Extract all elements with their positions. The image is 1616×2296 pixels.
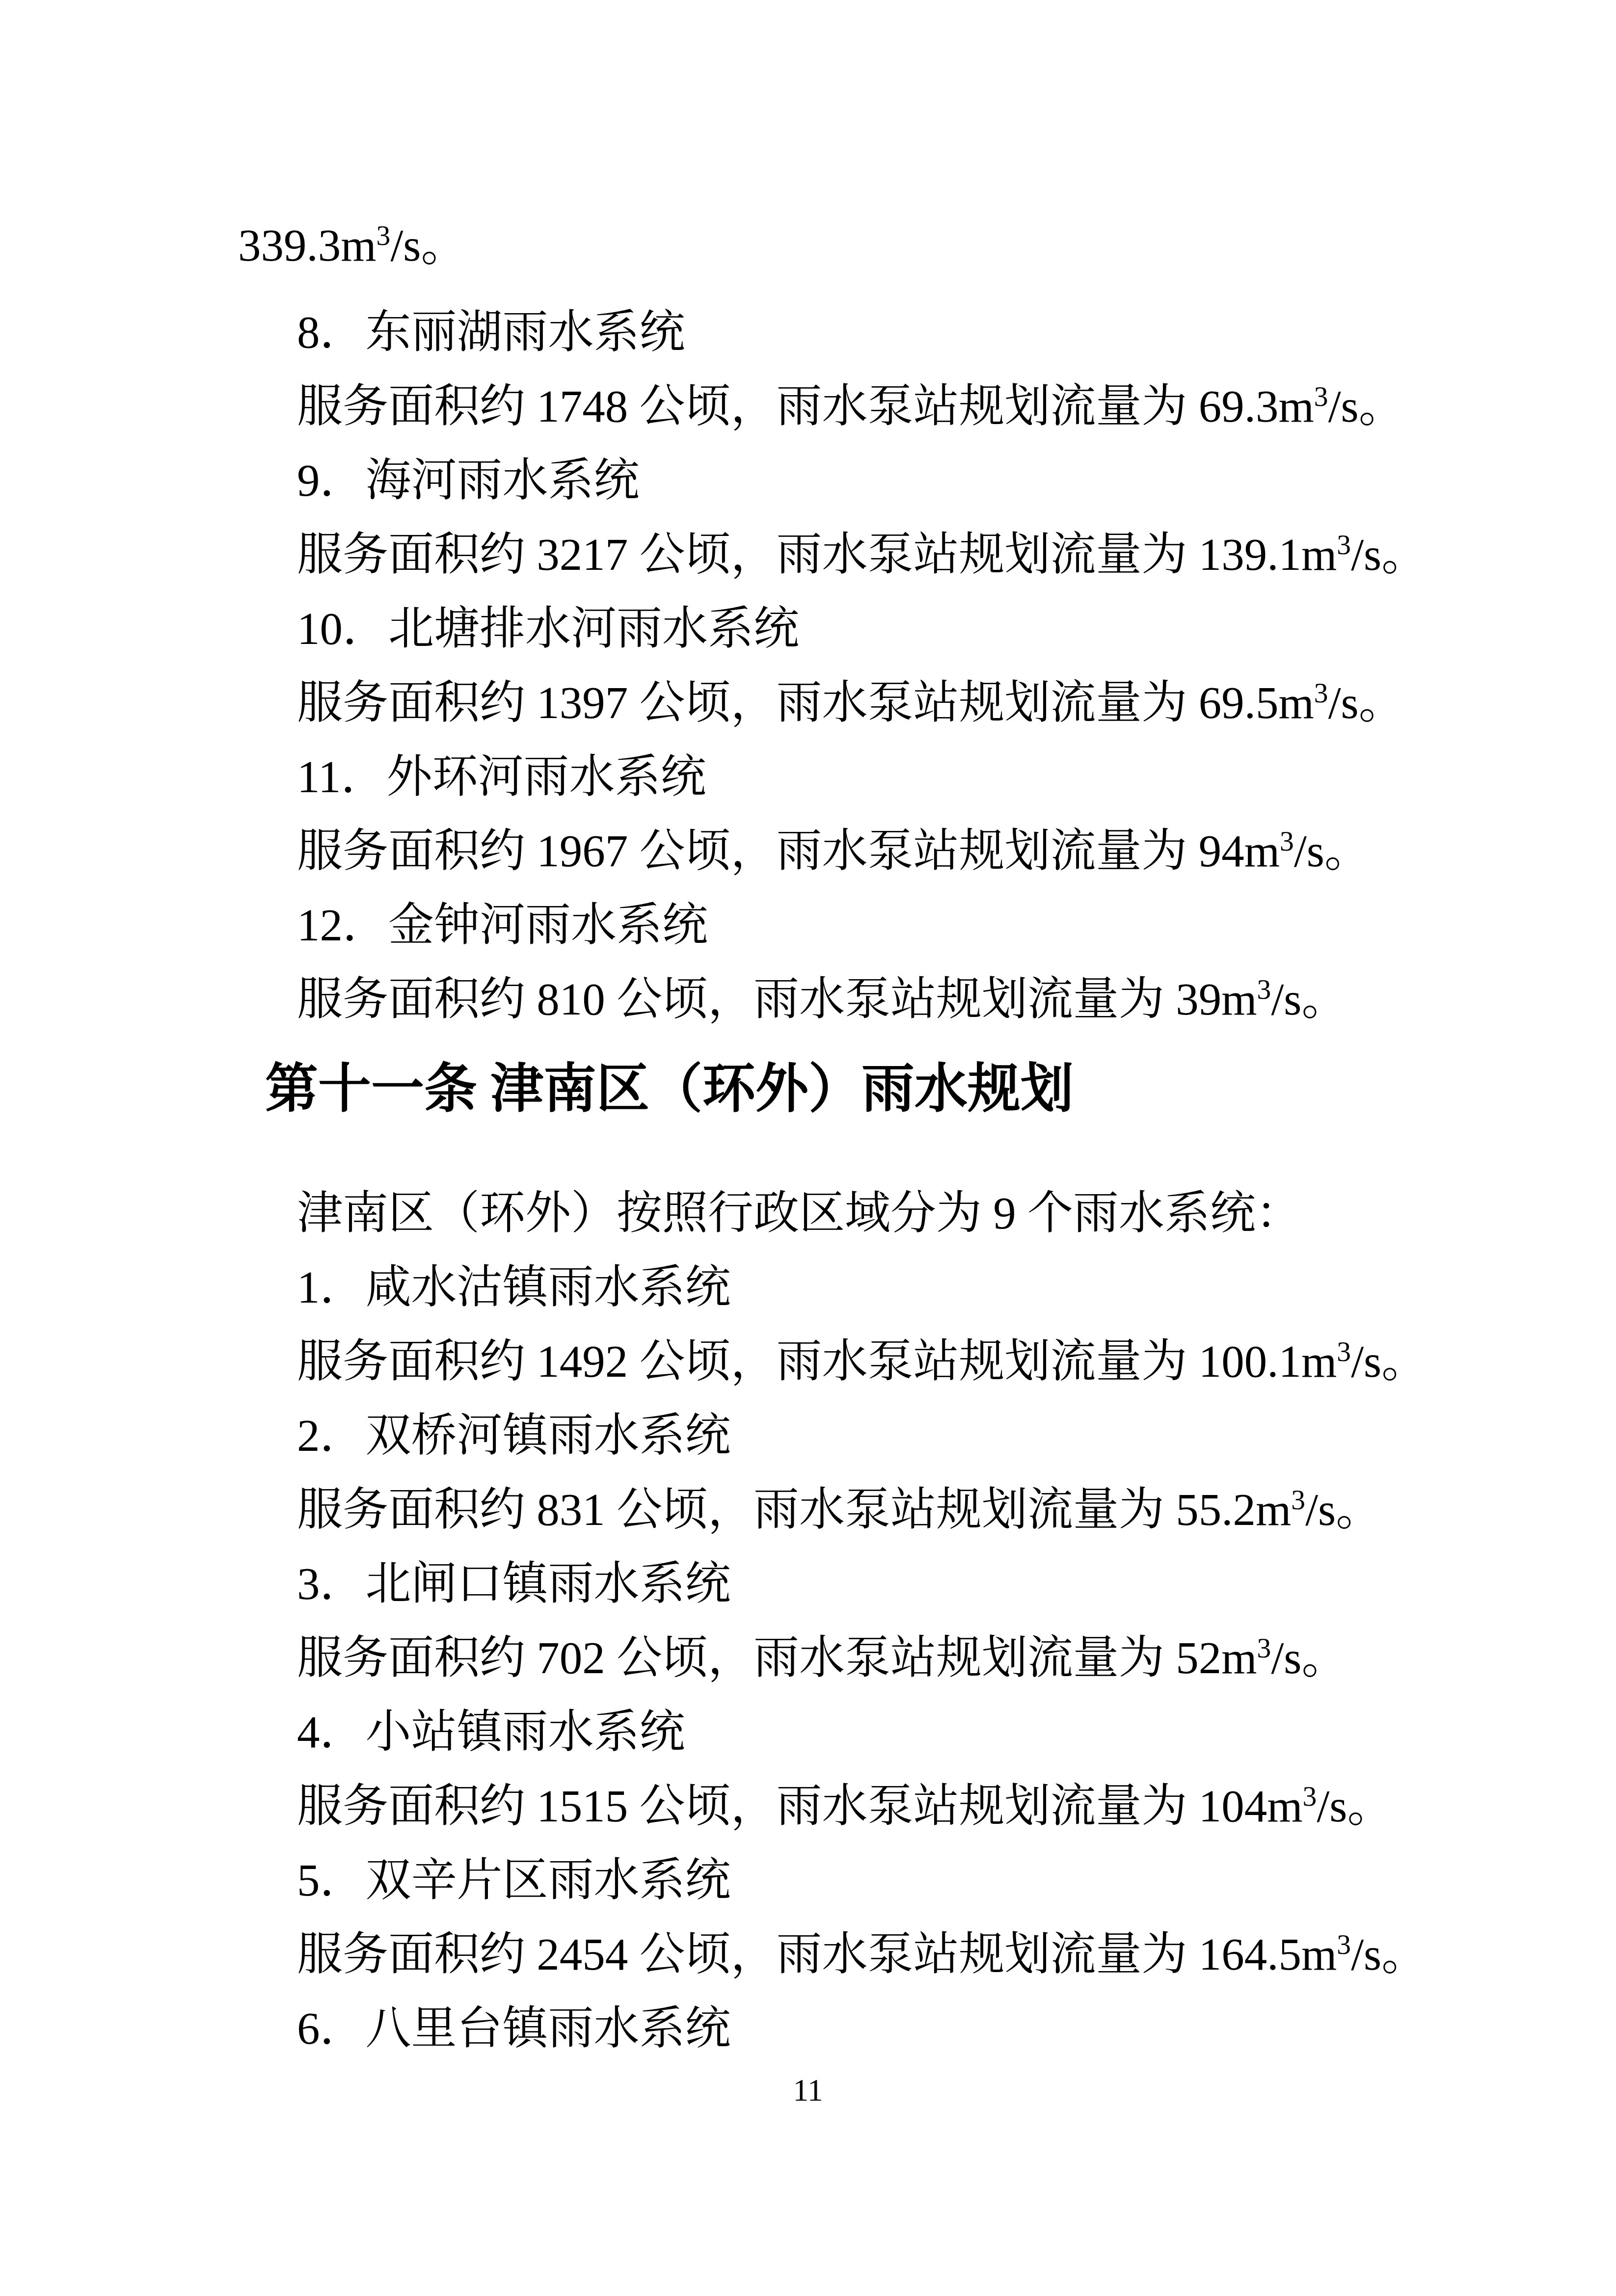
superscript-3: 3 xyxy=(1257,1633,1271,1664)
list-item: 11．外环河雨水系统 xyxy=(221,740,1469,814)
detail-paragraph: 服务面积约 1397 公顷，雨水泵站规划流量为 69.5m3/s。 xyxy=(221,666,1469,740)
list-item: 1．咸水沽镇雨水系统 xyxy=(221,1251,1469,1325)
superscript-3: 3 xyxy=(377,220,391,251)
list-item: 2．双桥河镇雨水系统 xyxy=(221,1399,1469,1473)
list-item: 5．双辛片区雨水系统 xyxy=(221,1843,1469,1918)
detail-paragraph: 服务面积约 1967 公顷，雨水泵站规划流量为 94m3/s。 xyxy=(221,814,1469,888)
document-body: 339.3m3/s。 8．东丽湖雨水系统 服务面积约 1748 公顷，雨水泵站规… xyxy=(221,209,1469,2066)
superscript-3: 3 xyxy=(1257,974,1271,1005)
superscript-3: 3 xyxy=(1337,1929,1351,1960)
detail-paragraph: 服务面积约 3217 公顷，雨水泵站规划流量为 139.1m3/s。 xyxy=(221,518,1469,592)
page-footer: 11 xyxy=(0,2066,1616,2115)
detail-paragraph: 服务面积约 1492 公顷，雨水泵站规划流量为 100.1m3/s。 xyxy=(221,1325,1469,1399)
list-item: 4．小站镇雨水系统 xyxy=(221,1695,1469,1769)
intro-paragraph: 津南区（环外）按照行政区域分为 9 个雨水系统： xyxy=(221,1176,1469,1251)
superscript-3: 3 xyxy=(1303,1781,1317,1812)
continuation-line: 339.3m3/s。 xyxy=(221,209,1469,283)
detail-paragraph: 服务面积约 702 公顷，雨水泵站规划流量为 52m3/s。 xyxy=(221,1621,1469,1695)
list-item: 6．八里台镇雨水系统 xyxy=(221,1992,1469,2066)
superscript-3: 3 xyxy=(1314,381,1328,412)
detail-paragraph: 服务面积约 1515 公顷，雨水泵站规划流量为 104m3/s。 xyxy=(221,1769,1469,1843)
detail-paragraph: 服务面积约 810 公顷，雨水泵站规划流量为 39m3/s。 xyxy=(221,962,1469,1037)
detail-paragraph: 服务面积约 1748 公顷，雨水泵站规划流量为 69.3m3/s。 xyxy=(221,370,1469,444)
list-item: 8．东丽湖雨水系统 xyxy=(221,295,1469,370)
superscript-3: 3 xyxy=(1280,826,1294,857)
superscript-3: 3 xyxy=(1337,1336,1351,1367)
page-number: 11 xyxy=(793,2073,823,2108)
list-item: 3．北闸口镇雨水系统 xyxy=(221,1547,1469,1621)
detail-paragraph: 服务面积约 831 公顷，雨水泵站规划流量为 55.2m3/s。 xyxy=(221,1473,1469,1547)
list-item: 10．北塘排水河雨水系统 xyxy=(221,592,1469,666)
detail-paragraph: 服务面积约 2454 公顷，雨水泵站规划流量为 164.5m3/s。 xyxy=(221,1918,1469,1992)
superscript-3: 3 xyxy=(1314,678,1328,709)
document-page: 339.3m3/s。 8．东丽湖雨水系统 服务面积约 1748 公顷，雨水泵站规… xyxy=(0,0,1616,2296)
superscript-3: 3 xyxy=(1291,1485,1305,1516)
list-item: 9．海河雨水系统 xyxy=(221,444,1469,518)
list-item: 12．金钟河雨水系统 xyxy=(221,888,1469,962)
superscript-3: 3 xyxy=(1337,530,1351,561)
section-heading: 第十一条 津南区（环外）雨水规划 xyxy=(221,1046,1469,1132)
